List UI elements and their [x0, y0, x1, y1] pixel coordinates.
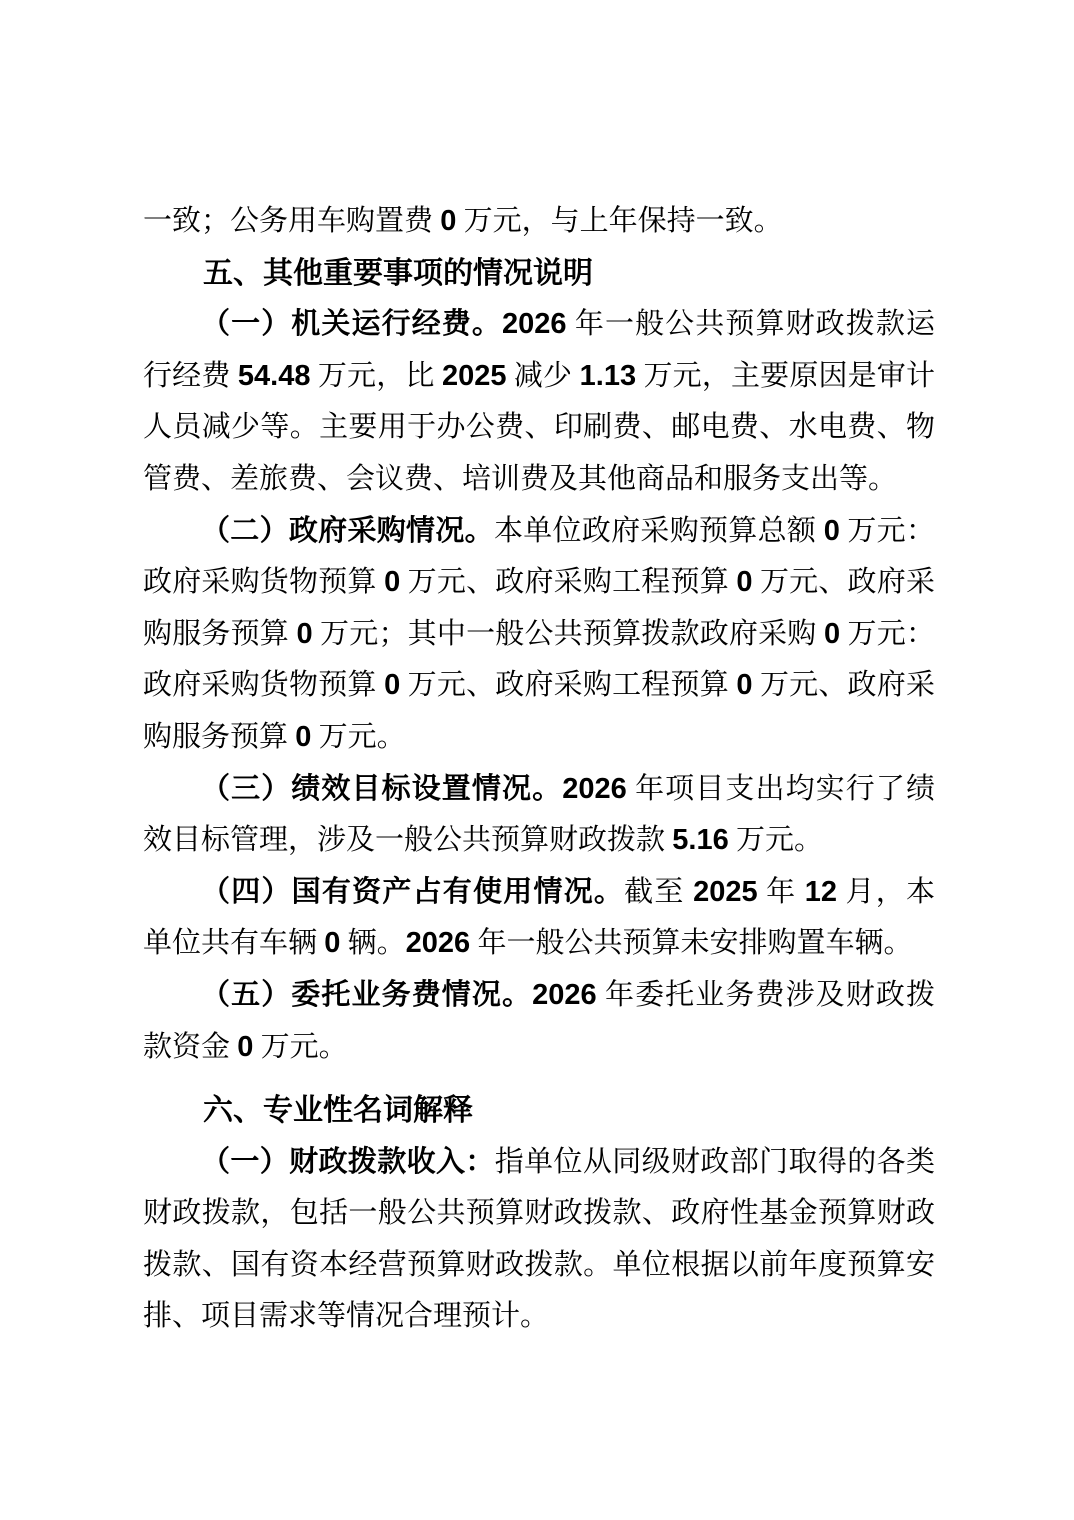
numeral: 0: [324, 927, 340, 959]
lead-text: （二）政府采购情况。: [201, 515, 494, 547]
paragraph: 一致；公务用车购置费 0 万元，与上年保持一致。: [143, 196, 935, 248]
numeral: 0: [736, 566, 752, 598]
numeral: 0: [384, 669, 400, 701]
paragraph: （三）绩效目标设置情况。2026 年项目支出均实行了绩效目标管理，涉及一般公共预…: [143, 764, 935, 867]
numeral: 5.16: [672, 824, 728, 856]
lead-text: （一）财政拨款收入：: [201, 1146, 495, 1178]
numeral: 0: [296, 618, 312, 650]
numeral: 2026: [532, 979, 597, 1011]
numeral: 0: [384, 566, 400, 598]
document-page: 一致；公务用车购置费 0 万元，与上年保持一致。五、其他重要事项的情况说明（一）…: [0, 0, 1074, 1520]
numeral: 0: [824, 618, 840, 650]
body-text: 六、专业性名词解释: [203, 1094, 473, 1127]
paragraph: （一）机关运行经费。2026 年一般公共预算财政拨款运行经费 54.48 万元，…: [143, 299, 935, 505]
numeral: 12: [805, 876, 837, 908]
numeral: 2025: [693, 876, 758, 908]
numeral: 0: [237, 1031, 253, 1063]
numeral: 2025: [442, 360, 507, 392]
body-text: 本单位政府采购预算总额 0 万元：政府采购货物预算 0 万元、政府采购工程预算 …: [143, 515, 935, 753]
numeral: 1.13: [580, 360, 636, 392]
paragraph: （一）财政拨款收入：指单位从同级财政部门取得的各类财政拨款，包括一般公共预算财政…: [143, 1137, 935, 1343]
document-body: 一致；公务用车购置费 0 万元，与上年保持一致。五、其他重要事项的情况说明（一）…: [143, 196, 935, 1343]
lead-text: （一）机关运行经费。: [201, 308, 502, 340]
numeral: 0: [824, 515, 840, 547]
numeral: 2026: [562, 773, 627, 805]
lead-text: （五）委托业务费情况。: [201, 979, 532, 1011]
numeral: 0: [736, 669, 752, 701]
section-heading: 六、专业性名词解释: [143, 1085, 935, 1137]
numeral: 54.48: [238, 360, 311, 392]
lead-text: （四）国有资产占有使用情况。: [201, 876, 624, 908]
paragraph: （四）国有资产占有使用情况。截至 2025 年 12 月，本单位共有车辆 0 辆…: [143, 867, 935, 970]
body-text: 五、其他重要事项的情况说明: [203, 257, 593, 290]
paragraph: （五）委托业务费情况。2026 年委托业务费涉及财政拨款资金 0 万元。: [143, 970, 935, 1073]
numeral: 2026: [406, 927, 471, 959]
paragraph: （二）政府采购情况。本单位政府采购预算总额 0 万元：政府采购货物预算 0 万元…: [143, 506, 935, 764]
section-heading: 五、其他重要事项的情况说明: [143, 248, 935, 300]
numeral: 0: [295, 721, 311, 753]
numeral: 0: [440, 205, 456, 237]
body-text: 一致；公务用车购置费 0 万元，与上年保持一致。: [143, 205, 783, 237]
lead-text: （三）绩效目标设置情况。: [201, 773, 562, 805]
numeral: 2026: [502, 308, 567, 340]
